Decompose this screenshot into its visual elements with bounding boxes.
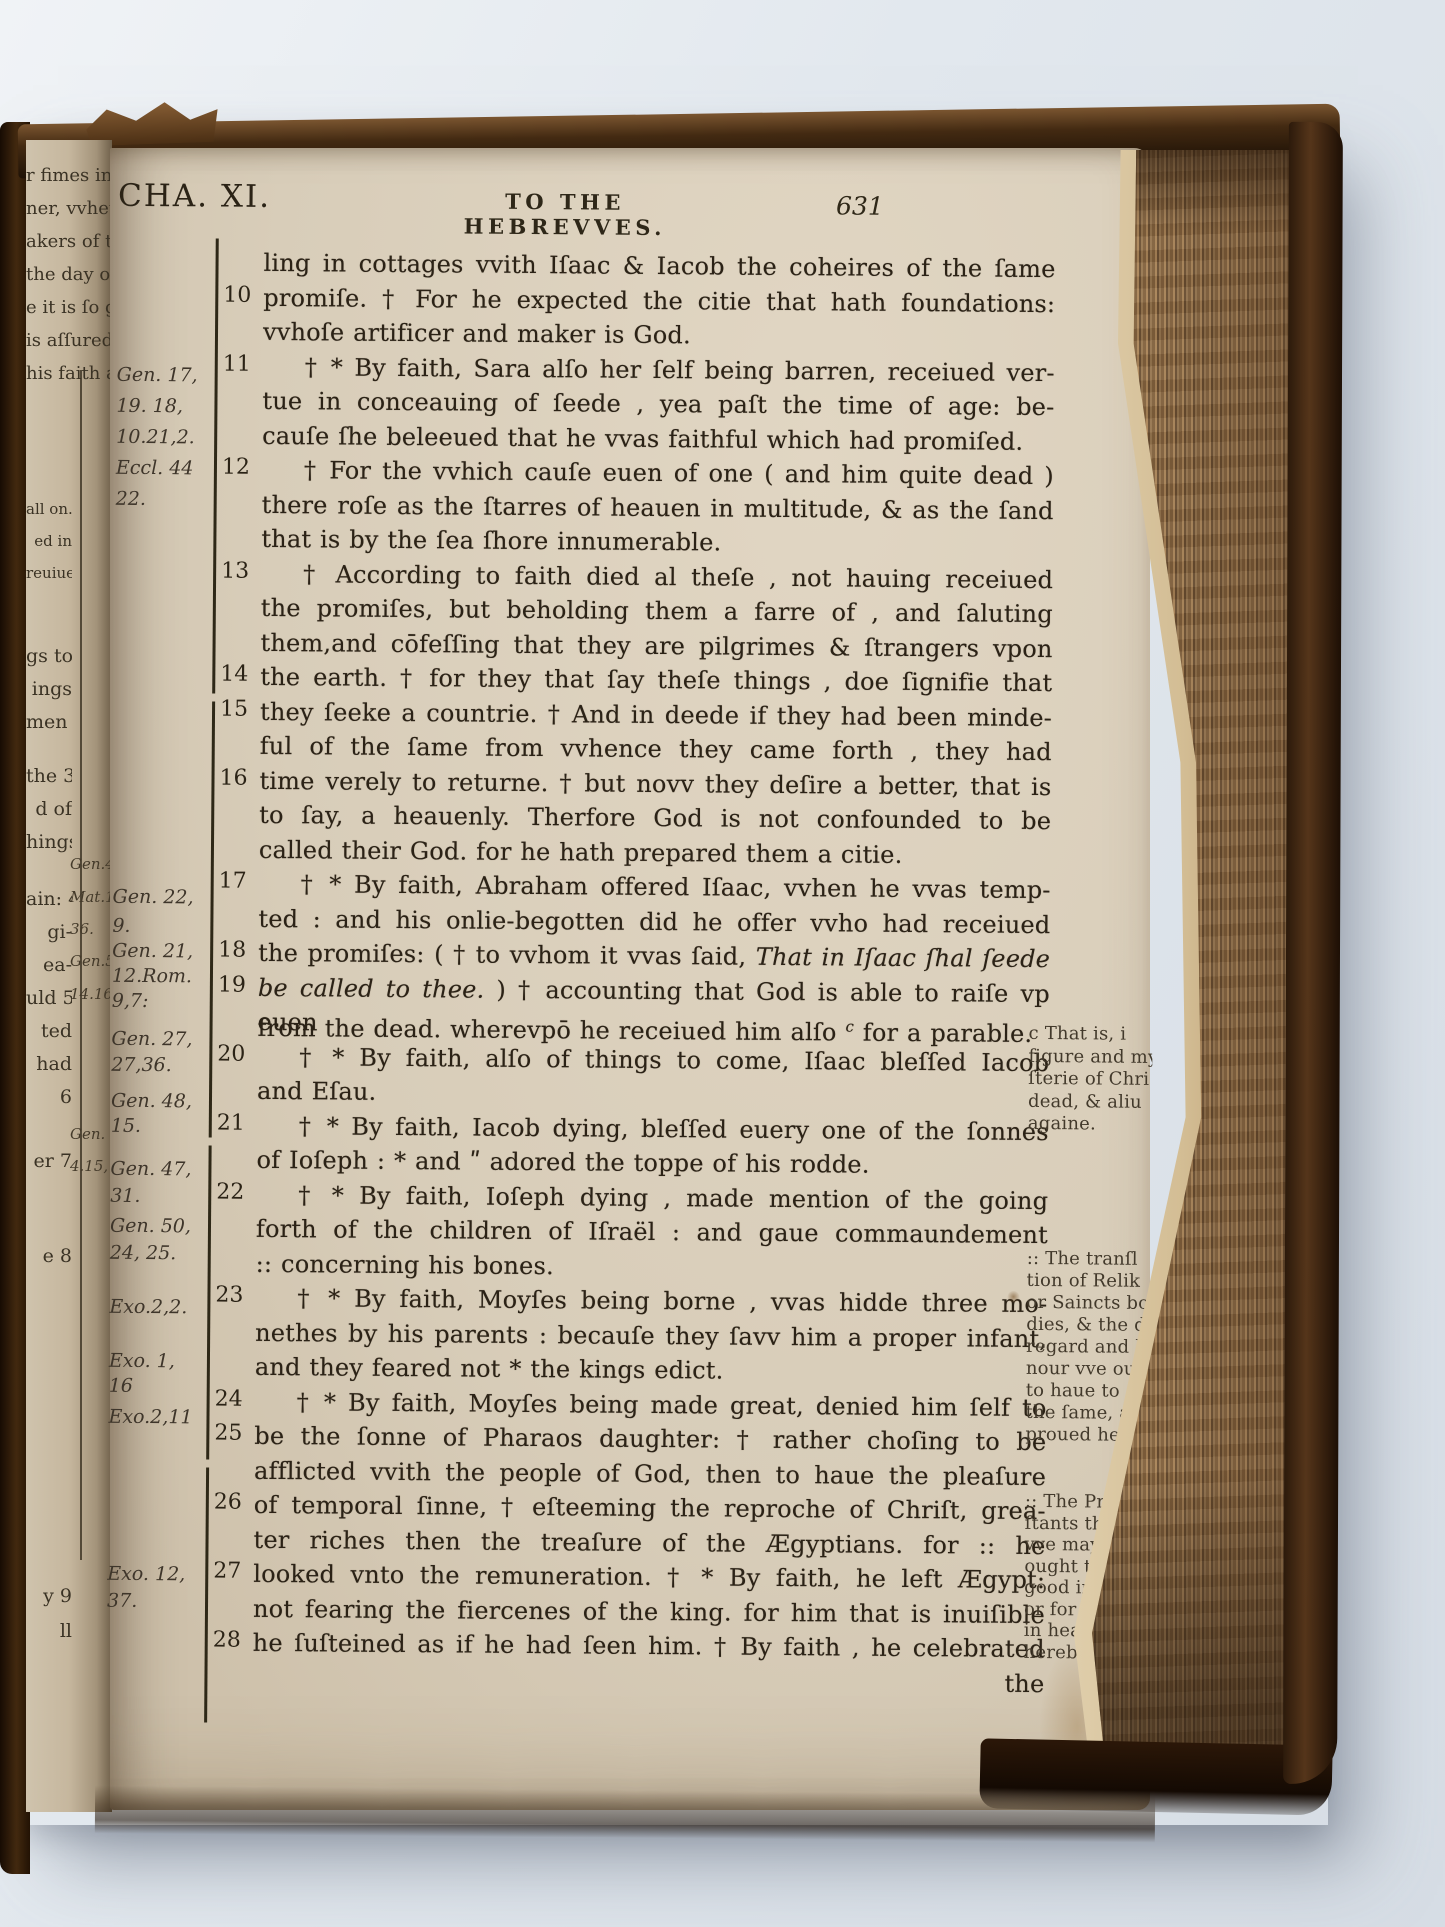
left-page-text-fragment: e it is ſo great <box>26 297 112 318</box>
verse-text: the <box>252 1660 1044 1701</box>
verse-number: 22 <box>216 1179 254 1204</box>
left-page-text-fragment: ted <box>26 1020 72 1042</box>
torn-leather-flap <box>85 98 218 147</box>
body-text: ling in cottages vvith Iſaac & Iacob the… <box>98 245 1069 1701</box>
verse-number: 11 <box>223 351 261 376</box>
page-number: 631 <box>836 191 884 220</box>
left-page-text-fragment: had <box>26 1053 72 1075</box>
photo-of-antique-book: r fimes in thisner, vvhethe:akers of the… <box>0 0 1445 1927</box>
verse-number: 14 <box>220 662 258 687</box>
running-title: TO THE HEBREVVES. <box>410 188 720 240</box>
verse-number: 10 <box>223 282 261 307</box>
left-page-text-fragment: all on. <box>26 500 72 518</box>
left-page-text-fragment: gs to 1 <box>26 645 72 667</box>
left-page-text-fragment: is aſſured faith <box>26 330 112 351</box>
left-page-text-fragment: d of <box>26 798 72 820</box>
chapter-heading: CHA. XI. <box>118 178 271 215</box>
left-page-text-fragment: the day of ve- <box>26 264 112 285</box>
left-page-text-fragment: y 9 <box>26 1585 72 1607</box>
verse-number: 20 <box>217 1041 255 1066</box>
verse-number: 17 <box>219 869 257 894</box>
left-page-reference-fragment: 36. <box>70 920 94 938</box>
left-page-text-fragment: reuiued <box>26 564 72 582</box>
left-page-text-fragment: ed in <box>26 532 72 550</box>
verse-number: 19 <box>218 972 256 997</box>
left-margin-references: Gen. 17,19. 18,10.21,2.Eccl. 4422.Gen. 2… <box>118 148 214 149</box>
verse-number: 16 <box>219 765 257 790</box>
left-page-text-fragment: ea- <box>26 954 72 976</box>
verse-number: 26 <box>214 1490 252 1515</box>
left-page-text-fragment: ain: 4 <box>26 888 72 910</box>
verse-number: 27 <box>213 1559 251 1584</box>
left-page-text-fragment: ner, vvhethe: <box>26 198 112 219</box>
verse-number: 18 <box>218 938 256 963</box>
left-page-text-fragment: men 2 <box>26 711 72 733</box>
fore-edge-striations <box>1040 150 1300 1762</box>
verse-number: 15 <box>220 696 258 721</box>
left-page-text-fragment: hings <box>26 831 72 853</box>
left-page-text-fragment: r fimes in this <box>26 165 112 186</box>
left-page-text-fragment: akers of their <box>26 231 112 252</box>
left-page-text-fragment: ll <box>26 1620 72 1642</box>
left-page-text-fragment: uld 5 <box>26 987 72 1009</box>
book-cover-bottom-edge <box>979 1738 1332 1815</box>
verse-number: 25 <box>214 1421 252 1446</box>
left-page-text-fragment: er 7 <box>26 1150 72 1172</box>
verse-number: 23 <box>215 1283 253 1308</box>
paper-speck <box>1007 1291 1019 1303</box>
left-page-text-fragment: the 3 <box>26 765 72 787</box>
left-page-text-fragment: ings <box>26 678 72 700</box>
verse-number: 21 <box>217 1110 255 1135</box>
fore-edge-pages <box>1040 150 1300 1762</box>
left-page-text-fragment: 6 <box>26 1086 72 1108</box>
left-page-text-fragment: e 8 <box>26 1245 72 1267</box>
verse-number: 12 <box>222 455 260 480</box>
page-content: CHA. XI. TO THE HEBREVVES. 631 Gen. 17,1… <box>97 148 1150 1818</box>
verse-number: 24 <box>215 1386 253 1411</box>
catchword-line: the <box>98 1659 1058 1701</box>
left-page-text-fragment: gi- <box>26 921 72 943</box>
book-cover-right-edge <box>1283 122 1343 1784</box>
left-page-text-fragment: his faith and <box>26 363 112 384</box>
verse-number: 13 <box>221 558 259 583</box>
verse-number: 28 <box>213 1628 251 1653</box>
right-page: CHA. XI. TO THE HEBREVVES. 631 Gen. 17,1… <box>110 148 1150 1810</box>
